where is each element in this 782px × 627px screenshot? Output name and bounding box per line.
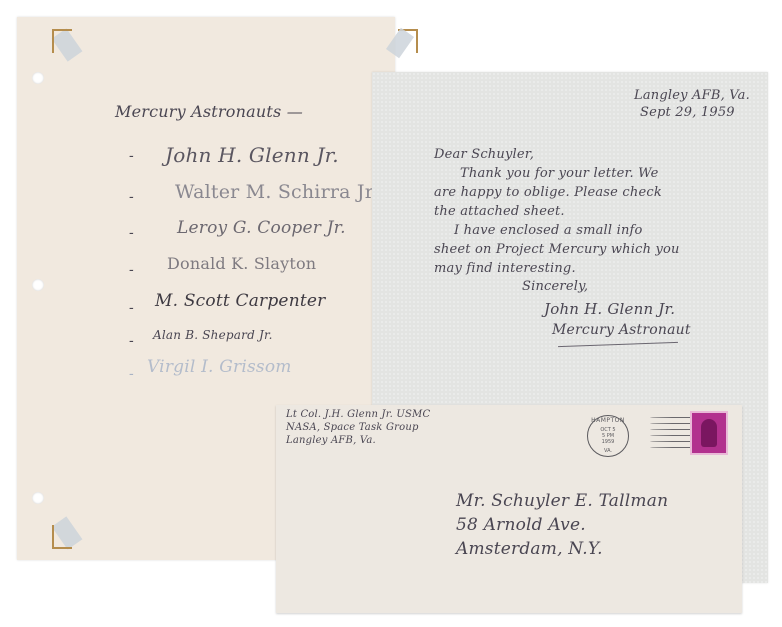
photo-corner-top-left-icon: [52, 29, 74, 53]
letter-date: Sept 29, 1959: [640, 105, 735, 120]
signature-schirra: Walter M. Schirra Jr.: [175, 181, 378, 203]
recipient-line-3: Amsterdam, N.Y.: [456, 539, 603, 559]
bullet-3: -: [129, 225, 134, 241]
punch-hole-middle: [32, 279, 44, 291]
return-address-line-1: Lt Col. J.H. Glenn Jr. USMC: [286, 409, 430, 420]
signature-underline: [558, 342, 678, 347]
letter-place: Langley AFB, Va.: [634, 88, 750, 103]
signature-glenn: John H. Glenn Jr.: [165, 143, 339, 167]
postage-stamp-lincoln-icon: [690, 411, 728, 455]
bullet-7: -: [129, 366, 134, 382]
photo-corner-bottom-left-icon: [52, 525, 74, 549]
bullet-2: -: [129, 189, 134, 205]
envelope: Lt Col. J.H. Glenn Jr. USMC NASA, Space …: [276, 405, 742, 613]
return-address-line-3: Langley AFB, Va.: [286, 435, 376, 446]
return-address-line-2: NASA, Space Task Group: [286, 422, 419, 433]
letter-body-line-1: Thank you for your letter. We: [460, 166, 659, 181]
signature-cooper: Leroy G. Cooper Jr.: [177, 218, 346, 238]
letter-body-line-4: I have enclosed a small info: [454, 223, 643, 238]
letter-salutation: Dear Schuyler,: [434, 147, 534, 162]
letter-closing: Sincerely,: [522, 279, 588, 294]
signature-carpenter: M. Scott Carpenter: [155, 291, 325, 311]
postmark-icon: HAMPTON OCT 5 5 PM 1959 VA.: [587, 415, 629, 457]
postmark-state: VA.: [588, 448, 628, 454]
punch-hole-bottom: [32, 492, 44, 504]
letter-body-line-6: may find interesting.: [434, 261, 576, 276]
letter-signature: John H. Glenn Jr.: [544, 300, 675, 318]
list-heading: Mercury Astronauts —: [115, 102, 303, 121]
letter-body-line-5: sheet on Project Mercury which you: [434, 242, 680, 257]
letter-body-line-2: are happy to oblige. Please check: [434, 185, 662, 200]
recipient-line-2: 58 Arnold Ave.: [456, 515, 586, 535]
recipient-line-1: Mr. Schuyler E. Tallman: [456, 491, 668, 511]
signature-shepard: Alan B. Shepard Jr.: [153, 328, 273, 342]
postmark-year: 1959: [602, 439, 615, 445]
postmark-town: HAMPTON: [588, 417, 628, 424]
punch-hole-top: [32, 72, 44, 84]
bullet-5: -: [129, 300, 134, 316]
signature-slayton: Donald K. Slayton: [167, 254, 316, 273]
bullet-4: -: [129, 262, 134, 278]
signature-grissom: Virgil I. Grissom: [147, 357, 292, 377]
letter-body-line-3: the attached sheet.: [434, 204, 565, 219]
bullet-1: -: [129, 148, 134, 164]
letter-signer-title: Mercury Astronaut: [552, 322, 691, 338]
bullet-6: -: [129, 333, 134, 349]
